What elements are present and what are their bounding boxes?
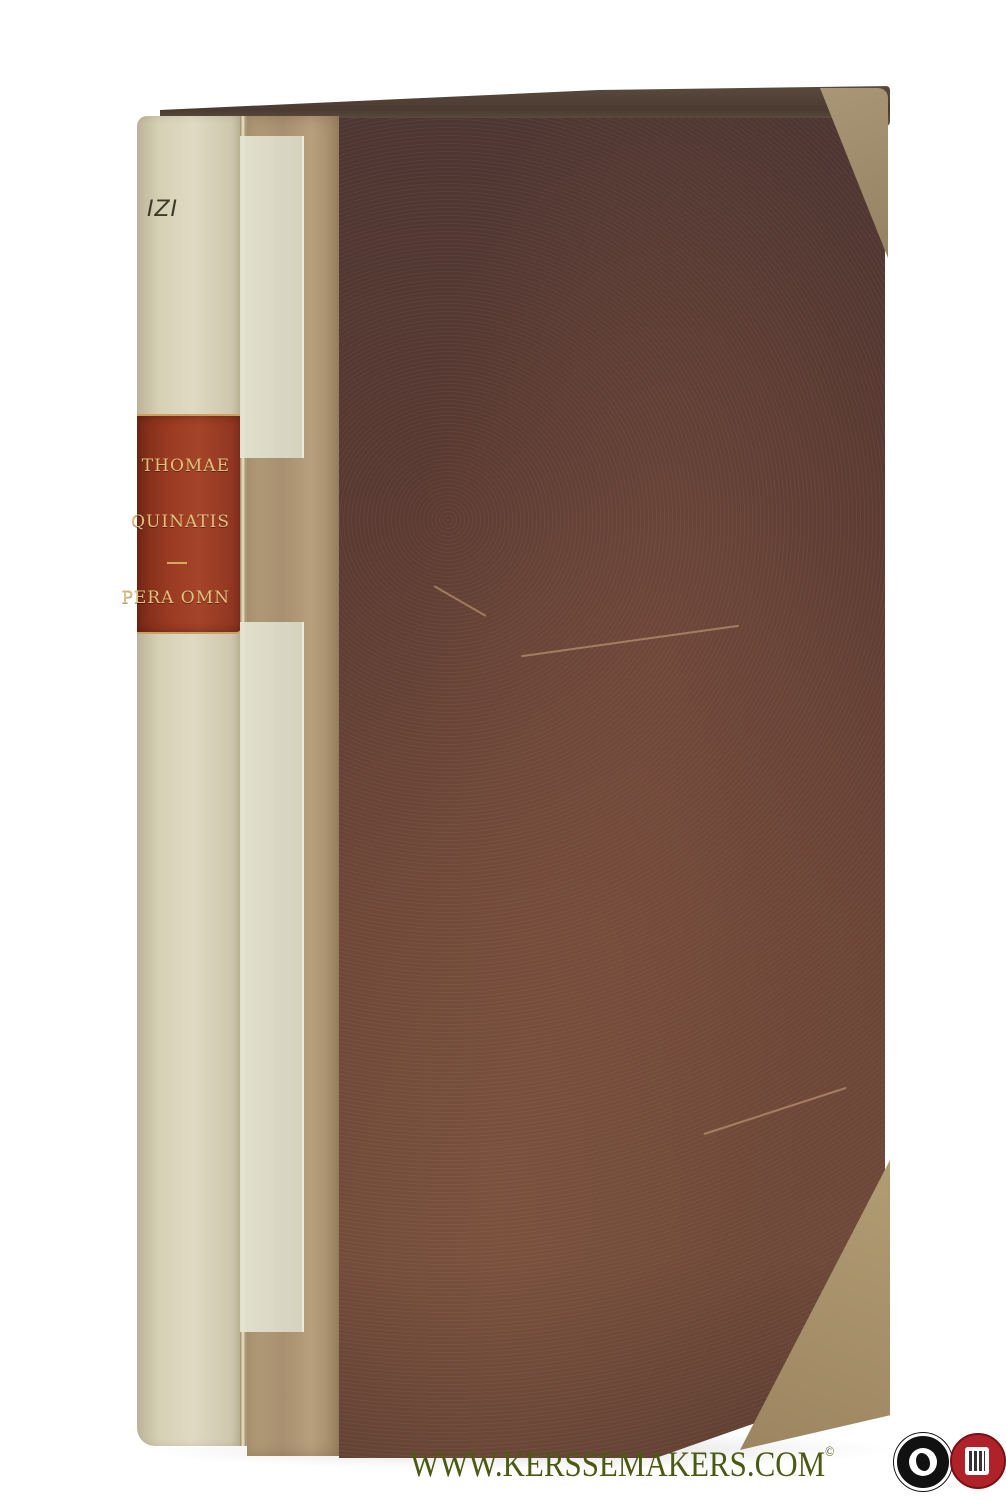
leather-texture: [339, 118, 885, 1458]
spine-tape-top: [240, 136, 304, 458]
nvva-logo-icon: [894, 1433, 952, 1491]
product-photo: IZI THOMAE QUINATIS PERA OMN WWW.KERSSEM…: [0, 0, 1006, 1500]
spine-title-label: THOMAE QUINATIS PERA OMN: [137, 414, 240, 634]
website-watermark: WWW.KERSSEMAKERS.COM©: [410, 1443, 834, 1485]
spine-handwritten-mark: IZI: [147, 197, 178, 222]
front-board-leather: [339, 118, 885, 1458]
spine-label-line: QUINATIS: [131, 512, 230, 532]
copyright-symbol: ©: [825, 1445, 834, 1460]
spine-label-line: PERA OMN: [121, 588, 230, 608]
spine-label-line: THOMAE: [142, 456, 230, 476]
ilab-logo-icon: [950, 1433, 1006, 1489]
book-spine: [137, 116, 247, 1446]
spine-label-rule: [167, 562, 187, 564]
watermark-text: WWW.KERSSEMAKERS.COM: [410, 1444, 825, 1484]
spine-tape-lower: [240, 622, 304, 1332]
